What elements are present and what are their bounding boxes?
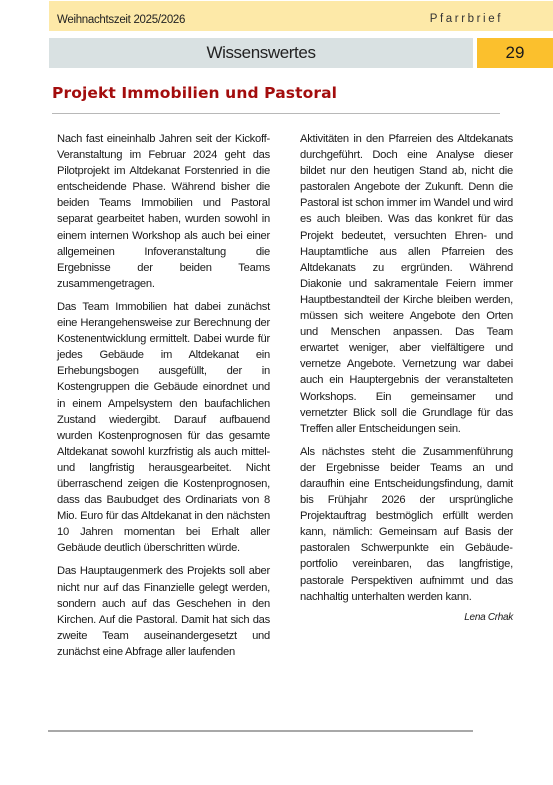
running-header: Weihnachtszeit 2025/2026 Pfarrbrief xyxy=(49,1,553,31)
paragraph: Aktivitäten in den Pfarreien des Altdeka… xyxy=(300,131,513,437)
paragraph: Nach fast eineinhalb Jahren seit der Kic… xyxy=(57,131,270,292)
article-title: Projekt Immobilien und Pastoral xyxy=(52,84,337,102)
paragraph: Das Hauptaugenmerk des Projekts soll abe… xyxy=(57,563,270,660)
footer-divider xyxy=(48,730,473,732)
section-title: Wissenswertes xyxy=(49,43,473,63)
left-column: Nach fast eineinhalb Jahren seit der Kic… xyxy=(57,131,270,667)
author-signature: Lena Crhak xyxy=(300,612,513,623)
title-divider xyxy=(52,113,500,114)
page-number: 29 xyxy=(477,43,553,63)
paragraph: Als nächstes steht die Zusammenführung d… xyxy=(300,444,513,605)
article-body: Nach fast eineinhalb Jahren seit der Kic… xyxy=(57,131,513,667)
paragraph: Das Team Immobilien hat dabei zunächst e… xyxy=(57,299,270,557)
page-number-box: 29 xyxy=(477,38,553,68)
issue-label: Weihnachtszeit 2025/2026 xyxy=(57,14,185,26)
publication-name: Pfarrbrief xyxy=(430,13,503,25)
section-banner: Wissenswertes xyxy=(49,38,473,68)
right-column: Aktivitäten in den Pfarreien des Altdeka… xyxy=(300,131,513,667)
